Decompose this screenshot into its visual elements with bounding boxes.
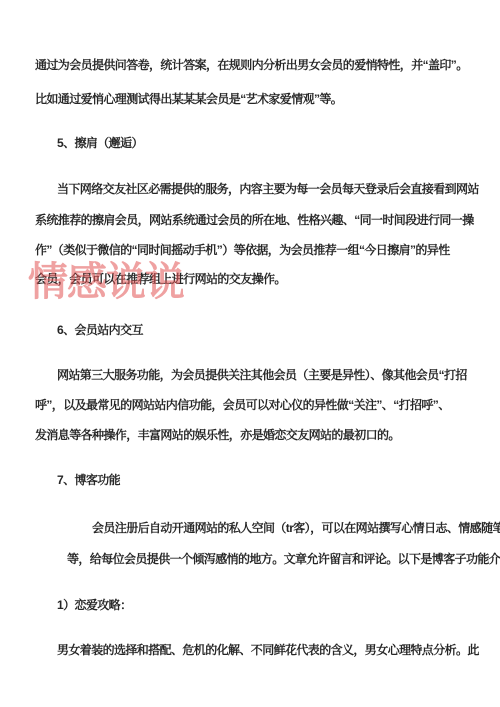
text-line: 比如通过爱悄心理测试得出某某某会员是“艺术家爱情观”等。 xyxy=(35,91,342,107)
heading-line: 6、会员站内交互 xyxy=(57,322,143,338)
text-line: 会员，会员可以在推荐组上进行网站的交友操作。 xyxy=(35,271,286,287)
text-line: 等，给每位会员提供一个倾泻感悄的地方。文章允许留言和评论。以下是博客子功能介绍 xyxy=(67,551,500,567)
text-line: 通过为会员提供问答卷，统计答案，在规则内分析出男女会员的爱悄特性，并“盖印”。 xyxy=(35,57,468,73)
heading-line: 7、博客功能 xyxy=(57,472,120,488)
text-line: 网站第三大服务功能，为会员提供关注其他会员（主要是异性）、像其他会员“打招 xyxy=(57,367,467,383)
text-line: 呼”，以及最常见的网站站内信功能，会员可以对心仪的异性做“关注”、“打招呼”、 xyxy=(35,397,450,413)
text-line: 男女着装的选择和搭配、危机的化解、不同鲜花代表的含义，男女心理特点分析。此 xyxy=(57,642,479,658)
text-line: 当下网络交友社区必需提供的服务，内容主要为每一会员每天登录后会直接看到网站 xyxy=(57,181,479,197)
text-line: 系统推荐的擦肩会员，网站系统通过会员的所在地、性格兴趣、“同一时间段进行同一操 xyxy=(35,212,474,228)
heading-line: 1）恋爱攻略： xyxy=(57,597,131,613)
text-line: 作”（类似于微信的“同时间摇动手机”）等依据，为会员推荐一组“今日擦肩”的异性 xyxy=(35,242,450,258)
text-line: 会员注册后自动开通网站的私人空间（tr客），可以在网站撰写心情日志、情感随笔 xyxy=(92,520,500,536)
text-line: 发消息等各种操作，丰富网站的娱乐性，亦是婚恋交友网站的最初口的。 xyxy=(35,427,400,443)
document-page: 情感说说 通过为会员提供问答卷，统计答案，在规则内分析出男女会员的爱悄特性，并“… xyxy=(0,0,500,707)
heading-line: 5、擦肩（邂逅） xyxy=(57,135,143,151)
